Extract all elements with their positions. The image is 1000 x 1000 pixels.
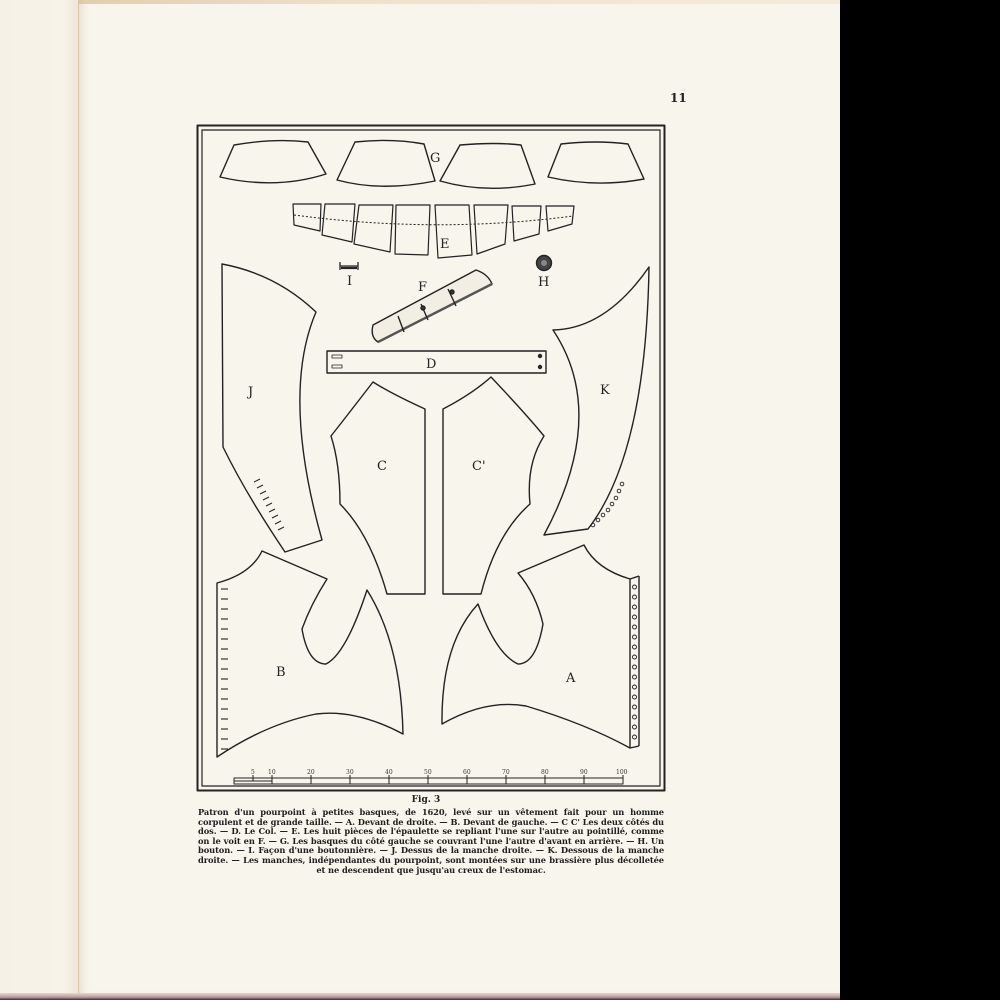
pattern-figure: G E I F H D J K C C' B A 5 10 20 30 40 5… <box>196 124 666 792</box>
left-page-edge <box>0 0 79 995</box>
figure-caption: Patron d'un pourpoint à petites basques,… <box>198 808 664 875</box>
figure-label-text: Fig. 3 <box>412 795 441 805</box>
black-background <box>840 0 1000 1000</box>
label-a: A <box>565 671 576 686</box>
piece-j-sleeve-top <box>222 264 322 552</box>
svg-text:90: 90 <box>580 769 588 776</box>
piece-d-collar <box>327 351 546 373</box>
svg-text:50: 50 <box>424 769 432 776</box>
piece-a-front-right <box>442 545 639 748</box>
svg-text:30: 30 <box>346 769 354 776</box>
label-j: J <box>246 385 253 400</box>
label-b: B <box>276 665 286 680</box>
label-e: E <box>440 237 450 252</box>
scale-tick-labels: 5 10 20 30 40 50 60 70 80 90 100 <box>251 769 628 776</box>
svg-text:70: 70 <box>502 769 510 776</box>
page-bottom-edge <box>0 993 840 1000</box>
label-c: C <box>377 459 387 474</box>
piece-i-buttonhole <box>340 262 358 270</box>
label-g: G <box>430 151 440 166</box>
svg-text:5: 5 <box>251 769 255 776</box>
piece-c-prime-back-right <box>443 377 544 594</box>
pieces-e-epaulette <box>293 204 574 258</box>
label-k: K <box>600 383 610 398</box>
label-d: D <box>426 357 436 372</box>
book-spread-scan: 11 <box>0 0 1000 1000</box>
label-c-prime: C' <box>472 459 486 474</box>
piece-c-back-left <box>331 382 425 594</box>
svg-text:40: 40 <box>385 769 393 776</box>
piece-k-sleeve-bottom <box>544 267 649 535</box>
scale-bar <box>234 775 623 784</box>
svg-text:80: 80 <box>541 769 549 776</box>
page-number: 11 <box>670 91 687 105</box>
piece-h-button <box>537 256 552 271</box>
svg-text:60: 60 <box>463 769 471 776</box>
piece-b-front-left <box>217 551 403 757</box>
label-h: H <box>538 275 549 290</box>
svg-text:20: 20 <box>307 769 315 776</box>
label-f: F <box>418 280 427 295</box>
figure-label: Fig. 3 <box>0 795 840 805</box>
piece-f-folded-epaulette <box>372 270 492 342</box>
svg-text:10: 10 <box>268 769 276 776</box>
frame-inner <box>202 130 660 786</box>
label-i: I <box>347 274 352 289</box>
frame-outer <box>198 126 665 791</box>
page-top-stain <box>79 0 840 4</box>
svg-text:100: 100 <box>616 769 628 776</box>
